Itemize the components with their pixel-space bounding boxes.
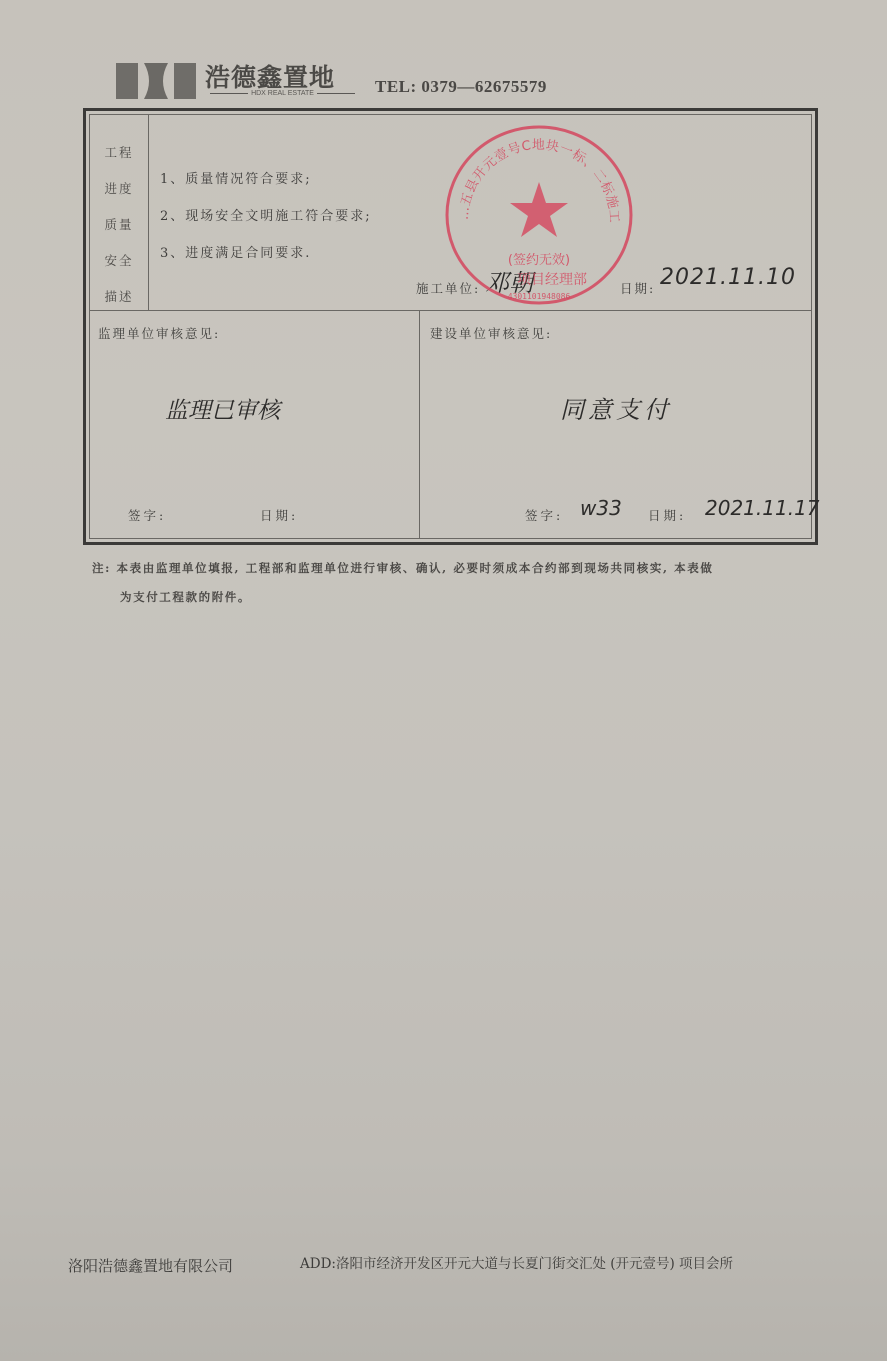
owner-date-label: 日期: [648, 506, 686, 524]
assessment-item: 1、质量情况符合要求; [160, 170, 372, 207]
telephone: TEL: 0379—62675579 [375, 77, 547, 97]
owner-signature: w33 [580, 496, 622, 520]
assessment-items: 1、质量情况符合要求; 2、现场安全文明施工符合要求; 3、进度满足合同要求. [160, 170, 372, 281]
row-label: 安全 [90, 251, 148, 269]
hdx-logo-icon [116, 63, 196, 99]
row-label: 进度 [90, 179, 148, 197]
row-label-column: 工程 进度 质量 安全 描述 [90, 115, 149, 310]
row-label: 工程 [90, 143, 148, 161]
note-line-1: 注: 本表由监理单位填报, 工程部和监理单位进行审核、确认, 必要时须成本合约部… [92, 561, 713, 575]
supervisor-review-cell: 监理单位审核意见: 监理已审核 签字: 日期: [90, 310, 420, 538]
contractor-label: 施工单位: [416, 279, 480, 297]
owner-handwritten-opinion: 同意支付 [560, 390, 672, 425]
owner-review-title: 建设单位审核意见: [430, 324, 552, 342]
note-line-2: 为支付工程款的附件。 [92, 583, 812, 612]
row-label: 质量 [90, 215, 148, 233]
brand-name-cn: 浩德鑫置地 [205, 58, 335, 94]
supervisor-handwritten-opinion: 监理已审核 [165, 392, 280, 425]
progress-quality-row: 工程 进度 质量 安全 描述 1、质量情况符合要求; 2、现场安全文明施工符合要… [90, 115, 811, 311]
brand-name-en: HDX REAL ESTATE [210, 90, 355, 97]
assessment-item: 2、现场安全文明施工符合要求; [160, 207, 372, 244]
owner-review-cell: 建设单位审核意见: 同意支付 签字: w33 日期: 2021.11.17 [420, 310, 811, 538]
footer-company: 洛阳浩德鑫置地有限公司 [68, 1255, 233, 1276]
supervisor-sign-label: 签字: [128, 506, 166, 524]
contractor-date: 2021.11.10 [660, 265, 796, 290]
footer-address: ADD:洛阳市经济开发区开元大道与长夏门街交汇处 (开元壹号) 项目会所 [300, 1252, 733, 1272]
assessment-item: 3、进度满足合同要求. [160, 244, 372, 281]
row-label: 描述 [90, 287, 148, 305]
owner-sign-label: 签字: [525, 506, 563, 524]
supervisor-date-label: 日期: [260, 506, 298, 524]
owner-date: 2021.11.17 [705, 496, 820, 520]
form-note: 注: 本表由监理单位填报, 工程部和监理单位进行审核、确认, 必要时须成本合约部… [92, 554, 812, 612]
contractor-signature: 邓朝 [485, 263, 533, 298]
contractor-date-label: 日期: [620, 279, 655, 297]
supervisor-review-title: 监理单位审核意见: [98, 324, 220, 342]
review-form-table: 工程 进度 质量 安全 描述 1、质量情况符合要求; 2、现场安全文明施工符合要… [83, 108, 818, 545]
